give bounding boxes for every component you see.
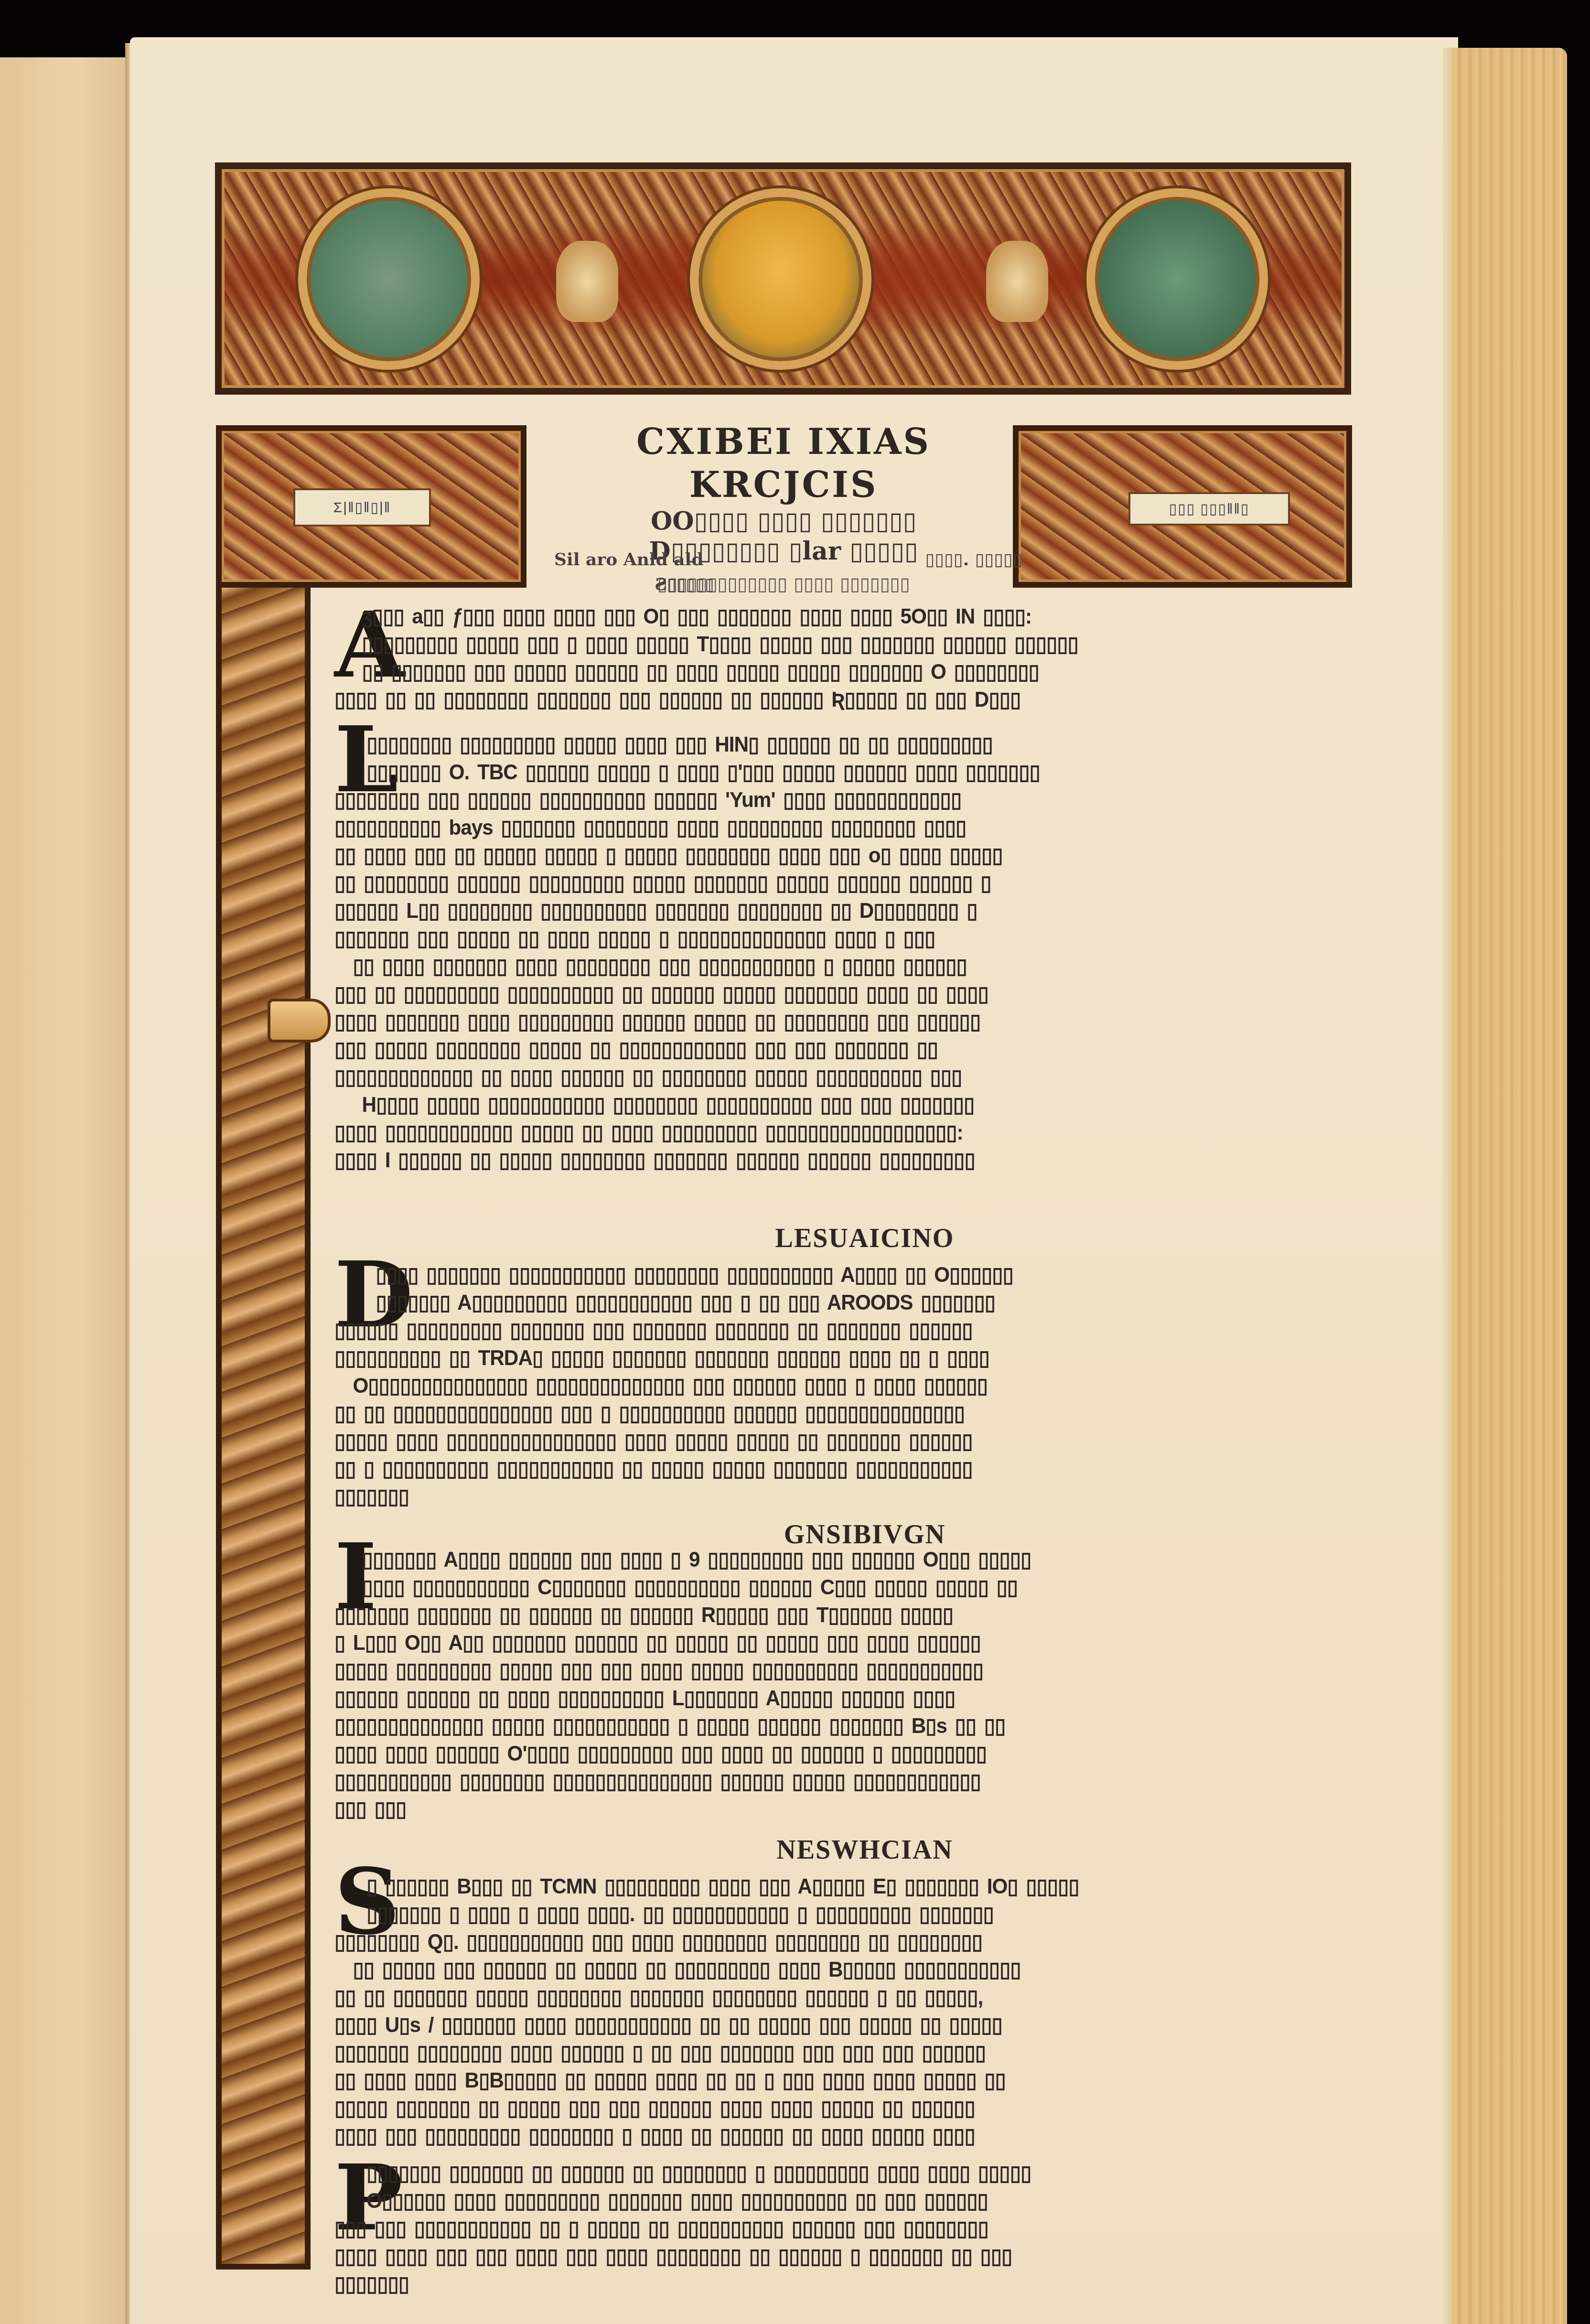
text-line: ▯▯▯▯▯▯▯▯▯▯▯▯▯ ▯▯ ▯▯▯▯ ▯▯▯▯▯▯ ▯▯ ▯▯▯▯▯▯▯▯… <box>334 1064 1270 1091</box>
text-line: ▯▯▯▯ ▯▯▯▯ ▯▯▯ ▯▯▯ ▯▯▯▯ ▯▯▯ ▯▯▯▯ ▯▯▯▯▯▯▯▯… <box>334 2243 1270 2270</box>
text-line: O▯▯▯▯▯▯▯▯▯▯▯▯▯▯▯ ▯▯▯▯▯▯▯▯▯▯▯▯▯▯ ▯▯▯ ▯▯▯▯… <box>334 1372 1270 1400</box>
left-page <box>0 57 128 2324</box>
text-line: ▯▯▯▯ ▯▯▯▯ ▯▯▯▯▯▯ O'▯▯▯▯ ▯▯▯▯▯▯▯▯▯ ▯▯▯ ▯▯… <box>334 1740 1270 1768</box>
text-line: ▯ L▯▯▯ O▯▯ A▯▯ ▯▯▯▯▯▯▯ ▯▯▯▯▯▯ ▯▯ ▯▯▯▯▯ ▯… <box>334 1629 1270 1657</box>
text-line: ▯▯▯ ▯▯▯▯▯ ▯▯▯▯▯▯▯▯ ▯▯▯▯▯ ▯▯ ▯▯▯▯▯▯▯▯▯▯▯▯… <box>334 1036 1270 1064</box>
text-line: ▯▯▯▯▯▯▯ ▯▯▯▯▯▯▯▯ ▯▯▯▯ ▯▯▯▯▯▯ ▯ ▯▯ ▯▯▯ ▯▯… <box>334 2039 1270 2067</box>
text-line: ▯▯▯▯▯ ▯▯▯▯ ▯▯▯▯▯▯▯▯▯▯▯▯▯▯▯▯ ▯▯▯▯ ▯▯▯▯▯ ▯… <box>334 1428 1270 1455</box>
text-line: ▯▯▯ ▯▯ ▯▯▯▯▯▯▯▯▯ ▯▯▯▯▯▯▯▯▯▯ ▯▯ ▯▯▯▯▯▯ ▯▯… <box>334 980 1270 1008</box>
text-line: ▯▯▯▯ I ▯▯▯▯▯▯ ▯▯ ▯▯▯▯▯ ▯▯▯▯▯▯▯▯ ▯▯▯▯▯▯▯ … <box>334 1147 1270 1174</box>
text-line: ▯▯▯▯▯▯ L▯▯ ▯▯▯▯▯▯▯▯ ▯▯▯▯▯▯▯▯▯▯ ▯▯▯▯▯▯▯ ▯… <box>334 897 1270 925</box>
text-line: ▯▯ ▯▯▯▯ ▯▯▯ ▯▯ ▯▯▯▯▯ ▯▯▯▯▯ ▯ ▯▯▯▯▯ ▯▯▯▯▯… <box>334 842 1270 870</box>
text-line: ▯▯ ▯▯▯▯▯▯▯▯ ▯▯▯▯▯▯ ▯▯▯▯▯▯▯▯▯ ▯▯▯▯▯ ▯▯▯▯▯… <box>334 870 1270 897</box>
text-line: ▯▯▯▯▯▯▯ ▯▯▯▯▯▯▯ ▯▯ ▯▯▯▯▯▯ ▯▯ ▯▯▯▯▯▯▯▯ ▯ … <box>334 2160 1270 2187</box>
ornamental-panel-left: Ʃ|ǁ▯ǁ▯|ǁ <box>216 425 526 588</box>
text-line: ▯▯▯▯ ▯▯▯ ▯▯▯▯▯▯▯▯▯ ▯▯▯▯▯▯▯▯ ▯ ▯▯▯▯ ▯▯ ▯▯… <box>334 2122 1270 2150</box>
vine-border-left <box>216 425 311 2270</box>
byline-right: ▯▯▯▯. ▯▯▯▯▯ <box>925 549 1022 570</box>
urn-ornament-icon <box>986 241 1048 322</box>
paragraph-intro: ʒ▯▯▯ a▯▯ ƒ▯▯▯ ▯▯▯▯ ▯▯▯▯ ▯▯▯ O▯ ▯▯▯ ▯▯▯▯▯… <box>334 603 1270 714</box>
text-line: ▯▯ ▯ ▯▯▯▯▯▯▯▯▯▯ ▯▯▯▯▯▯▯▯▯▯▯ ▯▯ ▯▯▯▯▯ ▯▯▯… <box>334 1455 1270 1483</box>
text-line: ▯▯▯▯▯▯▯ <box>334 2270 1270 2298</box>
text-line: ▯▯▯ ▯▯▯ ▯▯▯▯▯▯▯▯▯▯▯ ▯▯ ▯ ▯▯▯▯▯ ▯▯ ▯▯▯▯▯▯… <box>334 2215 1270 2243</box>
text-line: ▯▯▯▯▯▯▯▯ Q▯. ▯▯▯▯▯▯▯▯▯▯▯ ▯▯▯ ▯▯▯▯ ▯▯▯▯▯▯… <box>334 1928 1270 1956</box>
text-line: ▯▯▯▯▯▯▯ A▯▯▯▯ ▯▯▯▯▯▯ ▯▯▯ ▯▯▯▯ ▯ 9 ▯▯▯▯▯▯… <box>334 1546 1270 1574</box>
paragraph-body-4: ▯ ▯▯▯▯▯▯ B▯▯▯ ▯▯ TCMN ▯▯▯▯▯▯▯▯▯ ▯▯▯▯ ▯▯▯… <box>334 1873 1270 2150</box>
ornamental-panel-right: ▯▯▯ ▯▯▯ǁǁ▯ <box>1013 425 1352 588</box>
text-line: O▯▯▯▯▯▯ ▯▯▯▯ ▯▯▯▯▯▯▯▯▯ ▯▯▯▯▯▯▯ ▯▯▯▯ ▯▯▯▯… <box>334 2187 1270 2215</box>
text-line: ▯▯▯▯▯▯▯▯ ▯▯▯ ▯▯▯▯▯▯ ▯▯▯▯▯▯▯▯▯▯ ▯▯▯▯▯▯ 'Y… <box>334 786 1270 814</box>
page-title: CXIBEI IXIAS KRCJCIS <box>540 420 1027 506</box>
text-line: ▯▯ ▯▯ ▯▯▯▯▯▯▯▯▯▯▯▯▯▯▯ ▯▯▯ ▯ ▯▯▯▯▯▯▯▯▯▯ ▯… <box>334 1400 1270 1428</box>
section-heading: NESWHCIAN <box>736 1835 994 1865</box>
text-line: ▯▯▯▯ ▯▯▯▯▯▯▯ ▯▯▯▯ ▯▯▯▯▯▯▯▯▯ ▯▯▯▯▯▯ ▯▯▯▯▯… <box>334 1008 1270 1036</box>
text-line: ▯▯▯▯▯▯ ▯▯▯▯▯▯▯▯▯ ▯▯▯▯▯▯▯ ▯▯▯ ▯▯▯▯▯▯▯ ▯▯▯… <box>334 1317 1270 1345</box>
text-line: ▯▯▯▯▯▯ ▯▯▯▯▯▯ ▯▯ ▯▯▯▯ ▯▯▯▯▯▯▯▯▯▯ L▯▯▯▯▯▯… <box>334 1685 1270 1712</box>
text-line: ▯▯▯ ▯▯▯ <box>334 1796 1270 1823</box>
illuminated-banner <box>215 162 1351 395</box>
ornament-label-left: Ʃ|ǁ▯ǁ▯|ǁ <box>293 488 431 527</box>
text-line: ▯▯▯▯ ▯▯▯▯▯▯▯ ▯▯▯▯▯▯▯▯▯▯▯ ▯▯▯▯▯▯▯▯ ▯▯▯▯▯▯… <box>334 1261 1270 1289</box>
text-line: ▯▯ ▯▯▯▯▯▯▯ ▯▯▯ ▯▯▯▯▯ ▯▯▯▯▯▯ ▯▯ ▯▯▯▯ ▯▯▯▯… <box>334 658 1270 686</box>
green-portrait-medallion <box>1086 188 1268 370</box>
text-line: ▯▯▯▯▯▯▯▯▯▯▯▯▯▯ ▯▯▯▯▯ ▯▯▯▯▯▯▯▯▯▯▯ ▯ ▯▯▯▯▯… <box>334 1712 1270 1740</box>
text-line: ▯▯▯▯ U▯s / ▯▯▯▯▯▯▯ ▯▯▯▯ ▯▯▯▯▯▯▯▯▯▯▯ ▯▯ ▯… <box>334 2012 1270 2039</box>
paragraph-body-5: ▯▯▯▯▯▯▯ ▯▯▯▯▯▯▯ ▯▯ ▯▯▯▯▯▯ ▯▯ ▯▯▯▯▯▯▯▯ ▯ … <box>334 2160 1270 2298</box>
text-line: H▯▯▯▯ ▯▯▯▯▯ ▯▯▯▯▯▯▯▯▯▯▯ ▯▯▯▯▯▯▯▯ ▯▯▯▯▯▯▯… <box>334 1091 1270 1119</box>
byline-center: Ƨ▯▯▯▯▯ <box>655 574 714 594</box>
text-line: ▯▯▯▯▯▯▯ O. TBC ▯▯▯▯▯▯ ▯▯▯▯▯ ▯ ▯▯▯▯ ▯'▯▯▯… <box>334 759 1270 786</box>
ornament-label-right: ▯▯▯ ▯▯▯ǁǁ▯ <box>1128 492 1290 526</box>
text-line: ▯▯▯▯▯▯▯ <box>334 1483 1270 1511</box>
paragraph-body-1: ▯▯▯▯▯▯▯▯ ▯▯▯▯▯▯▯▯▯ ▯▯▯▯▯ ▯▯▯▯ ▯▯▯ HIN▯ ▯… <box>334 731 1270 1174</box>
text-line: ʒ▯▯▯ a▯▯ ƒ▯▯▯ ▯▯▯▯ ▯▯▯▯ ▯▯▯ O▯ ▯▯▯ ▯▯▯▯▯… <box>334 603 1270 631</box>
section-heading: LESUAICINO <box>736 1223 994 1254</box>
text-line: ▯▯▯▯▯▯▯▯▯ ▯▯▯▯▯ ▯▯▯ ▯ ▯▯▯▯ ▯▯▯▯▯ T▯▯▯▯ ▯… <box>334 631 1270 658</box>
text-line: ▯▯ ▯▯▯▯ ▯▯▯▯ B▯B▯▯▯▯▯ ▯▯ ▯▯▯▯▯ ▯▯▯▯ ▯▯ ▯… <box>334 2067 1270 2095</box>
text-line: ▯▯▯▯▯ ▯▯▯▯▯▯▯ ▯▯ ▯▯▯▯▯ ▯▯▯ ▯▯▯ ▯▯▯▯▯▯ ▯▯… <box>334 2095 1270 2122</box>
paragraph-body-3: ▯▯▯▯▯▯▯ A▯▯▯▯ ▯▯▯▯▯▯ ▯▯▯ ▯▯▯▯ ▯ 9 ▯▯▯▯▯▯… <box>334 1546 1270 1823</box>
text-line: ▯▯ ▯▯▯▯ ▯▯▯▯▯▯▯ ▯▯▯▯ ▯▯▯▯▯▯▯▯ ▯▯▯ ▯▯▯▯▯▯… <box>334 953 1270 980</box>
urn-ornament-icon <box>556 241 618 322</box>
text-line: ▯▯▯▯▯▯▯▯ ▯▯▯▯▯▯▯▯▯ ▯▯▯▯▯ ▯▯▯▯ ▯▯▯ HIN▯ ▯… <box>334 731 1270 759</box>
text-line: ▯▯▯▯▯ ▯▯▯▯▯▯▯▯▯ ▯▯▯▯▯ ▯▯▯ ▯▯▯ ▯▯▯▯ ▯▯▯▯▯… <box>334 1657 1270 1685</box>
text-line: ▯▯ ▯▯ ▯▯▯▯▯▯▯ ▯▯▯▯▯ ▯▯▯▯▯▯▯▯ ▯▯▯▯▯▯▯ ▯▯▯… <box>334 1984 1270 2012</box>
byline-row: Sil aro Anld ald ▯▯▯▯. ▯▯▯▯▯ Ƨ▯▯▯▯▯ <box>545 549 1022 588</box>
text-line: ▯▯▯▯▯▯▯▯▯▯ bays ▯▯▯▯▯▯▯ ▯▯▯▯▯▯▯▯ ▯▯▯▯ ▯▯… <box>334 814 1270 842</box>
section-heading: GNSIBIVGN <box>736 1519 994 1550</box>
text-line: ▯▯▯▯▯▯▯ A▯▯▯▯▯▯▯▯▯ ▯▯▯▯▯▯▯▯▯▯▯ ▯▯▯ ▯ ▯▯ … <box>334 1289 1270 1317</box>
text-line: ▯▯▯▯▯▯▯▯▯▯ ▯▯ TRDA▯ ▯▯▯▯▯ ▯▯▯▯▯▯▯ ▯▯▯▯▯▯… <box>334 1345 1270 1372</box>
paragraph-body-2: ▯▯▯▯ ▯▯▯▯▯▯▯ ▯▯▯▯▯▯▯▯▯▯▯ ▯▯▯▯▯▯▯▯ ▯▯▯▯▯▯… <box>334 1261 1270 1511</box>
subtitle-1: OO▯▯▯▯ ▯▯▯▯ ▯▯▯▯▯▯▯ <box>540 506 1027 536</box>
page-block-edges <box>1452 48 1567 2324</box>
text-line: ▯▯▯▯▯▯▯ ▯▯▯▯▯▯▯ ▯▯ ▯▯▯▯▯▯ ▯▯ ▯▯▯▯▯▯ R▯▯▯… <box>334 1602 1270 1629</box>
text-line: ▯▯▯▯▯▯▯▯▯▯▯ ▯▯▯▯▯▯▯▯ ▯▯▯▯▯▯▯▯▯▯▯▯▯▯▯ ▯▯▯… <box>334 1768 1270 1796</box>
text-line: ▯▯▯▯▯▯▯ ▯ ▯▯▯▯ ▯ ▯▯▯▯ ▯▯▯▯. ▯▯ ▯▯▯▯▯▯▯▯▯… <box>334 1901 1270 1928</box>
text-line: ▯▯▯▯ ▯▯▯▯▯▯▯▯▯▯▯ C▯▯▯▯▯▯▯ ▯▯▯▯▯▯▯▯▯▯ ▯▯▯… <box>334 1574 1270 1602</box>
text-line: ▯ ▯▯▯▯▯▯ B▯▯▯ ▯▯ TCMN ▯▯▯▯▯▯▯▯▯ ▯▯▯▯ ▯▯▯… <box>334 1873 1270 1901</box>
text-line: ▯▯▯▯ ▯▯▯▯▯▯▯▯▯▯▯▯ ▯▯▯▯▯ ▯▯ ▯▯▯▯ ▯▯▯▯▯▯▯▯… <box>334 1119 1270 1147</box>
text-line: ▯▯ ▯▯▯▯▯ ▯▯▯ ▯▯▯▯▯▯ ▯▯ ▯▯▯▯▯ ▯▯ ▯▯▯▯▯▯▯▯… <box>334 1956 1270 1984</box>
text-line: ▯▯▯▯▯▯▯ ▯▯▯ ▯▯▯▯▯ ▯▯ ▯▯▯▯ ▯▯▯▯▯ ▯ ▯▯▯▯▯▯… <box>334 925 1270 953</box>
clasp-ornament <box>268 999 331 1043</box>
byline-left: Sil aro Anld ald <box>554 549 703 570</box>
green-architecture-medallion <box>298 188 480 370</box>
text-line: ▯▯▯▯ ▯▯ ▯▯ ▯▯▯▯▯▯▯▯ ▯▯▯▯▯▯▯ ▯▯▯ ▯▯▯▯▯▯ ▯… <box>334 686 1270 714</box>
gold-spire-medallion <box>690 188 871 370</box>
